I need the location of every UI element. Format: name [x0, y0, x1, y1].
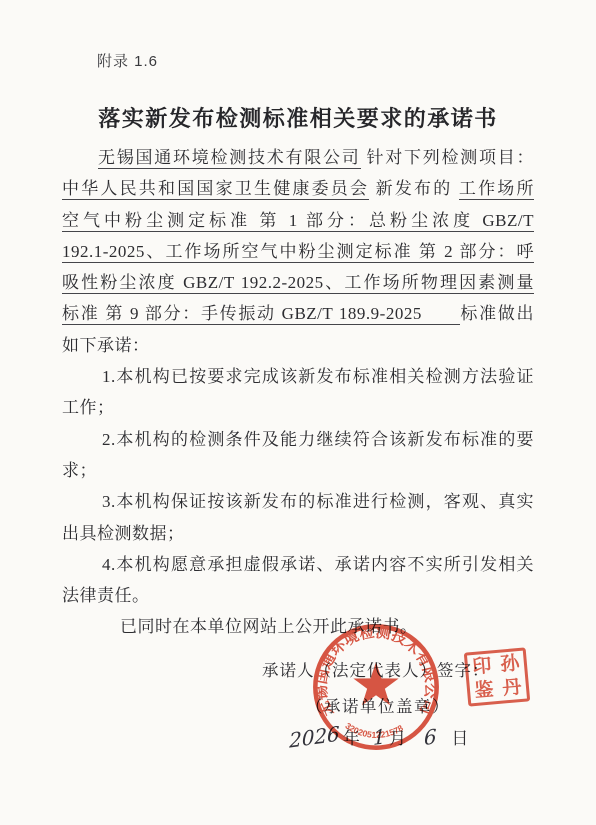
- body-line: 如下承诺：: [62, 330, 534, 361]
- body-line: 2.本机构的检测条件及能力继续符合该新发布标准的要: [62, 424, 534, 455]
- body-segment: 4.本机构愿意承担虚假承诺、承诺内容不实所引发相关: [102, 555, 534, 574]
- body-line: 求；: [62, 455, 534, 486]
- square-seal-char: 鉴: [474, 680, 495, 701]
- body-segment: 工作；: [62, 398, 115, 417]
- body-segment: 1.本机构已按要求完成该新发布标准相关检测方法验证: [102, 367, 534, 386]
- body-line: 中华人民共和国国家卫生健康委员会 新发布的 工作场所: [62, 173, 534, 204]
- body-segment: 工作场所: [459, 179, 534, 200]
- body-line: 3.本机构保证按该新发布的标准进行检测，客观、真实: [62, 486, 534, 517]
- body-line: 192.1-2025、工作场所空气中粉尘测定标准 第 2 部分：呼: [62, 236, 534, 267]
- page-title: 落实新发布检测标准相关要求的承诺书: [0, 102, 596, 133]
- round-seal-number: 3202051221578: [343, 721, 405, 740]
- body-segment: 求；: [62, 461, 97, 480]
- body-segment: 法律责任。: [62, 586, 150, 605]
- body-segment: 如下承诺：: [62, 336, 150, 355]
- body-line: 出具检测数据；: [62, 518, 534, 549]
- body-segment: 3.本机构保证按该新发布的标准进行检测，客观、真实: [102, 492, 534, 511]
- body-line: 法律责任。: [62, 580, 534, 611]
- body-segment: 2.本机构的检测条件及能力继续符合该新发布标准的要: [102, 430, 534, 449]
- body-segment: 标准做出: [460, 304, 534, 323]
- body-line: 4.本机构愿意承担虚假承诺、承诺内容不实所引发相关: [62, 549, 534, 580]
- body-line: 空气中粉尘测定标准 第 1 部分：总粉尘浓度 GBZ/T: [62, 205, 534, 236]
- square-seal-char: 孙: [500, 654, 521, 675]
- body-line: 已同时在本单位网站上公开此承诺书。: [62, 611, 534, 642]
- body-line: 1.本机构已按要求完成该新发布标准相关检测方法验证: [62, 361, 534, 392]
- document-page: 附录 1.6 落实新发布检测标准相关要求的承诺书 无锡国通环境检测技术有限公司 …: [0, 0, 596, 825]
- body-segment: 无锡国通环境检测技术有限公司: [98, 148, 361, 169]
- body-segment: 出具检测数据；: [62, 524, 185, 543]
- body-line: 工作；: [62, 392, 534, 423]
- body-segment: 针对下列检测项目：: [361, 148, 535, 167]
- body-line: 吸性粉尘浓度 GBZ/T 192.2-2025、工作场所物理因素测量: [62, 267, 534, 298]
- body-segment: 空气中粉尘测定标准 第 1 部分：总粉尘浓度 GBZ/T: [62, 211, 534, 232]
- body-segment: 新发布的: [369, 179, 459, 198]
- body-segment: 中华人民共和国国家卫生健康委员会: [62, 179, 369, 200]
- body-segment: 192.1-2025、工作场所空气中粉尘测定标准 第 2 部分：呼: [62, 242, 534, 263]
- body-line: 标准 第 9 部分：手传振动 GBZ/T 189.9-2025 标准做出: [62, 298, 534, 329]
- day-label: 日: [451, 729, 469, 748]
- round-company-seal: 无锡国通环境检测技术有限公司 3202051221578: [310, 622, 442, 752]
- body-text: 无锡国通环境检测技术有限公司 针对下列检测项目：中华人民共和国国家卫生健康委员会…: [62, 142, 534, 643]
- body-segment: [422, 304, 461, 325]
- square-seal-char: 印: [472, 656, 493, 677]
- body-segment: 吸性粉尘浓度 GBZ/T 192.2-2025、工作场所物理因素测量: [62, 273, 534, 294]
- star-icon: [353, 662, 398, 705]
- body-line: 无锡国通环境检测技术有限公司 针对下列检测项目：: [62, 142, 534, 173]
- square-seal-char: 丹: [502, 677, 523, 698]
- body-segment: 标准 第 9 部分：手传振动 GBZ/T 189.9-2025: [62, 304, 422, 325]
- square-personal-seal: 印 孙 鉴 丹: [464, 647, 530, 706]
- appendix-label: 附录 1.6: [97, 50, 158, 71]
